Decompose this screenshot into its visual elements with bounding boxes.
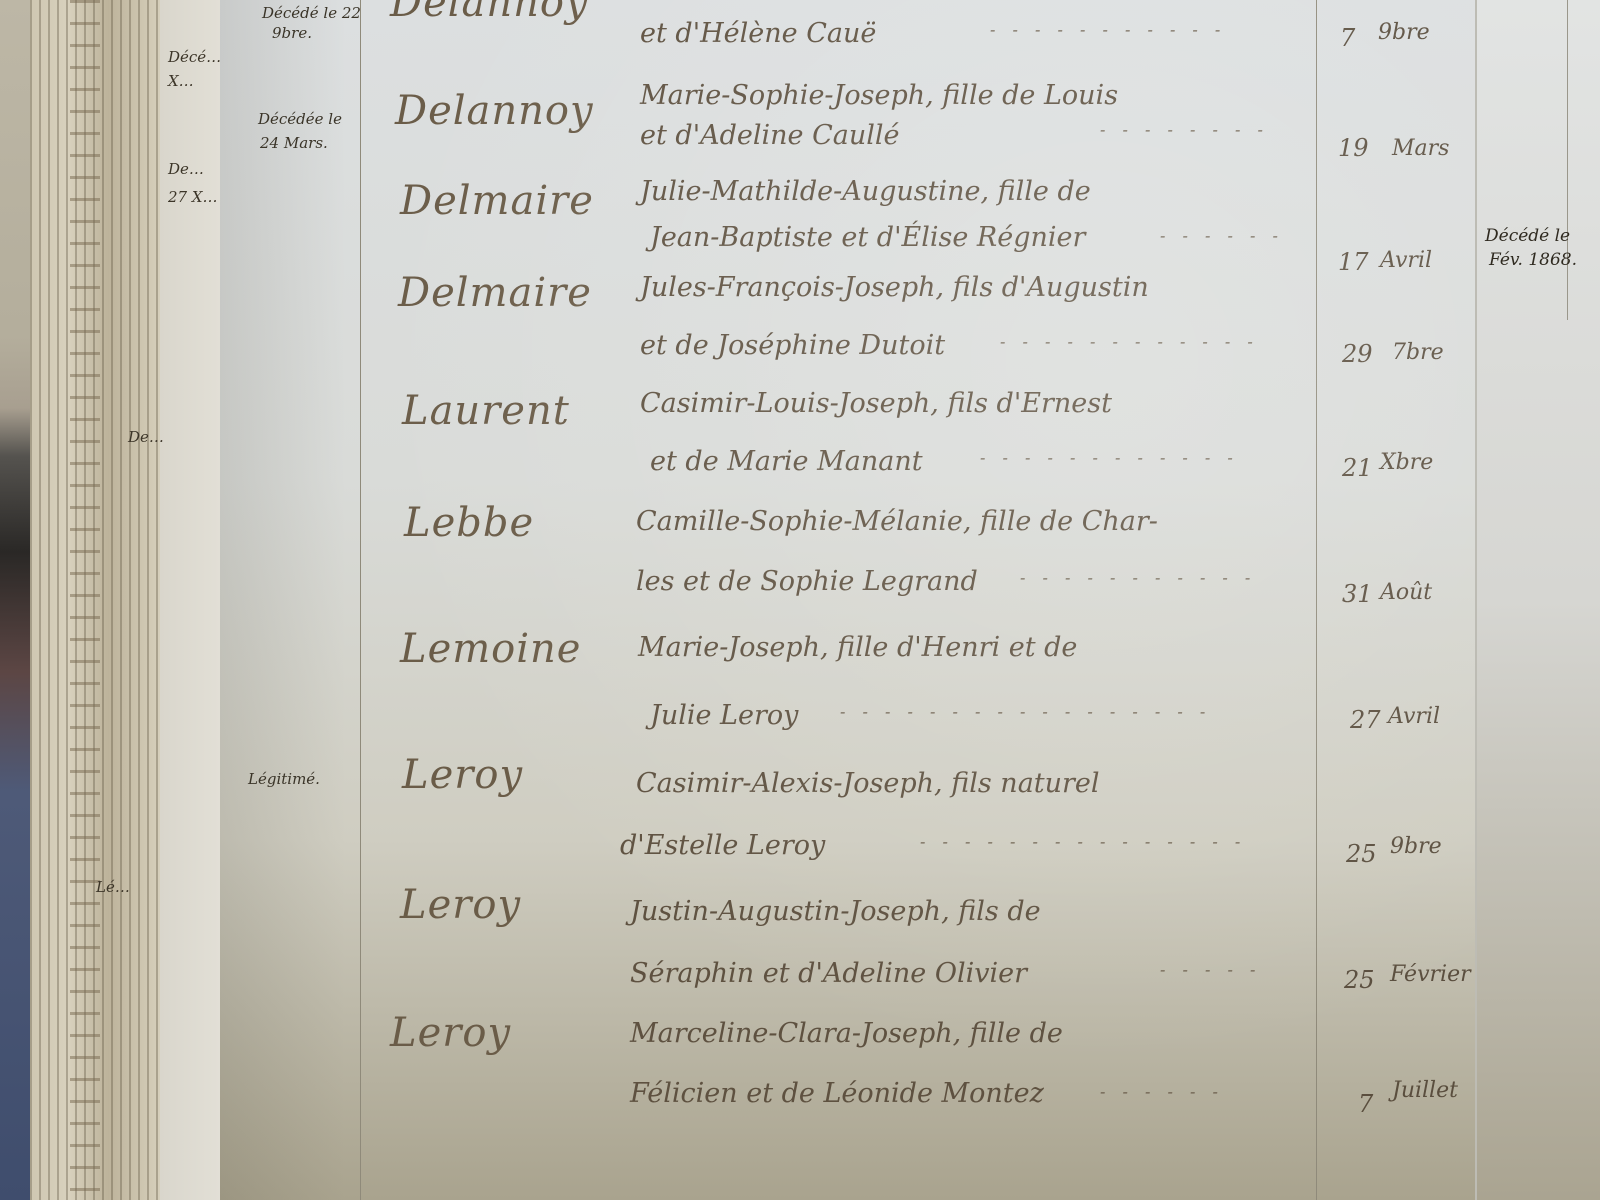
entry-body-line: Jean-Baptiste et d'Élise Régnier bbox=[650, 222, 1085, 253]
prev-strip-note: De… bbox=[168, 160, 204, 178]
surname: Leroy bbox=[402, 752, 523, 798]
dash-filler: - - - - - - - - - - - - - - - - - bbox=[840, 702, 1211, 721]
entry-body-line: Séraphin et d'Adeline Olivier bbox=[630, 958, 1027, 989]
date-month: Juillet bbox=[1392, 1078, 1458, 1103]
dash-filler: - - - - - - - - - - - - bbox=[980, 448, 1239, 467]
entry-body-line: et d'Hélène Cauë bbox=[640, 18, 876, 49]
date-month: Xbre bbox=[1380, 450, 1433, 475]
surname: Delannoy bbox=[395, 88, 594, 134]
worn-book-edge bbox=[30, 0, 162, 1200]
date-month: Février bbox=[1390, 962, 1471, 987]
date-day: 7 bbox=[1340, 24, 1355, 52]
dash-filler: - - - - - bbox=[1160, 960, 1261, 979]
previous-page-strip bbox=[160, 0, 221, 1200]
prev-strip-note: Lé… bbox=[96, 878, 130, 896]
overleaf-rule bbox=[1567, 0, 1568, 320]
entry-body-line: Julie-Mathilde-Augustine, fille de bbox=[640, 176, 1091, 207]
legitimated-note: Légitimé. bbox=[248, 770, 320, 788]
entry-body-line: Casimir-Alexis-Joseph, fils naturel bbox=[636, 768, 1100, 799]
date-month: Mars bbox=[1392, 136, 1449, 161]
date-month: 9bre bbox=[1378, 20, 1430, 45]
dash-filler: - - - - - - - - - - - bbox=[990, 20, 1226, 39]
date-month: Avril bbox=[1380, 248, 1432, 273]
death-note: Fév. 1868. bbox=[1489, 250, 1577, 270]
entry-body-line: et de Marie Manant bbox=[650, 446, 923, 477]
dash-filler: - - - - - - - - - - - bbox=[1020, 568, 1256, 587]
dash-filler: - - - - - - - - - - - - - - - bbox=[920, 832, 1246, 851]
dash-filler: - - - - - - - - bbox=[1100, 120, 1269, 139]
dash-filler: - - - - - - bbox=[1160, 226, 1284, 245]
date-day: 29 bbox=[1342, 340, 1373, 368]
entry-body-line: Jules-François-Joseph, fils d'Augustin bbox=[640, 272, 1149, 303]
date-day: 19 bbox=[1338, 134, 1369, 162]
date-month: 9bre bbox=[1390, 834, 1442, 859]
date-day: 31 bbox=[1342, 580, 1373, 608]
surname: Delmaire bbox=[398, 270, 592, 316]
margin-note: 24 Mars. bbox=[260, 134, 328, 152]
entry-body-line: Marie-Sophie-Joseph, fille de Louis bbox=[640, 80, 1118, 111]
surname: Leroy bbox=[400, 882, 521, 928]
prev-strip-note: 27 X… bbox=[168, 188, 218, 206]
date-day: 25 bbox=[1346, 840, 1377, 868]
date-day: 17 bbox=[1338, 248, 1369, 276]
entry-body-line: Marie-Joseph, fille d'Henri et de bbox=[638, 632, 1077, 663]
death-note: Décédé le bbox=[1485, 226, 1570, 246]
prev-strip-note: Décé… bbox=[168, 48, 221, 66]
entry-body-line: et d'Adeline Caullé bbox=[640, 120, 900, 151]
date-day: 25 bbox=[1344, 966, 1375, 994]
surname: Laurent bbox=[402, 388, 570, 434]
margin-note: Décédée le bbox=[258, 110, 342, 128]
overleaf-page: Décédé le Fév. 1868. bbox=[1475, 0, 1600, 1200]
date-month: Avril bbox=[1388, 704, 1440, 729]
date-column-rule bbox=[1316, 0, 1317, 1200]
entry-body-line: Félicien et de Léonide Montez bbox=[630, 1078, 1044, 1109]
entry-body-line: Julie Leroy bbox=[650, 700, 798, 731]
dash-filler: - - - - - - - - - - - - bbox=[1000, 332, 1259, 351]
margin-note: Décédé le 22 bbox=[262, 4, 361, 22]
entry-body-line: Marceline-Clara-Joseph, fille de bbox=[630, 1018, 1063, 1049]
date-month: Août bbox=[1380, 580, 1432, 605]
surname: Delannoy bbox=[390, 0, 589, 26]
entry-body-line: Camille-Sophie-Mélanie, fille de Char- bbox=[636, 506, 1158, 537]
prev-strip-note: X… bbox=[168, 72, 194, 90]
surname: Leroy bbox=[390, 1010, 511, 1056]
prev-strip-note: De… bbox=[128, 428, 164, 446]
date-month: 7bre bbox=[1392, 340, 1444, 365]
entry-body-line: Justin-Augustin-Joseph, fils de bbox=[630, 896, 1041, 927]
date-day: 7 bbox=[1358, 1090, 1373, 1118]
date-day: 21 bbox=[1342, 454, 1373, 482]
dash-filler: - - - - - - bbox=[1100, 1082, 1224, 1101]
margin-rule bbox=[360, 0, 361, 1200]
register-page: Décédé le 22 9bre. Delannoy et d'Hélène … bbox=[220, 0, 1480, 1200]
entry-body-line: Casimir-Louis-Joseph, fils d'Ernest bbox=[640, 388, 1112, 419]
entry-body-line: les et de Sophie Legrand bbox=[636, 566, 978, 597]
surname: Lemoine bbox=[400, 626, 581, 672]
entry-body-line: d'Estelle Leroy bbox=[620, 830, 825, 861]
surname: Lebbe bbox=[404, 500, 534, 546]
surname: Delmaire bbox=[400, 178, 594, 224]
entry-body-line: et de Joséphine Dutoit bbox=[640, 330, 945, 361]
date-day: 27 bbox=[1350, 706, 1381, 734]
margin-note: 9bre. bbox=[272, 24, 312, 42]
